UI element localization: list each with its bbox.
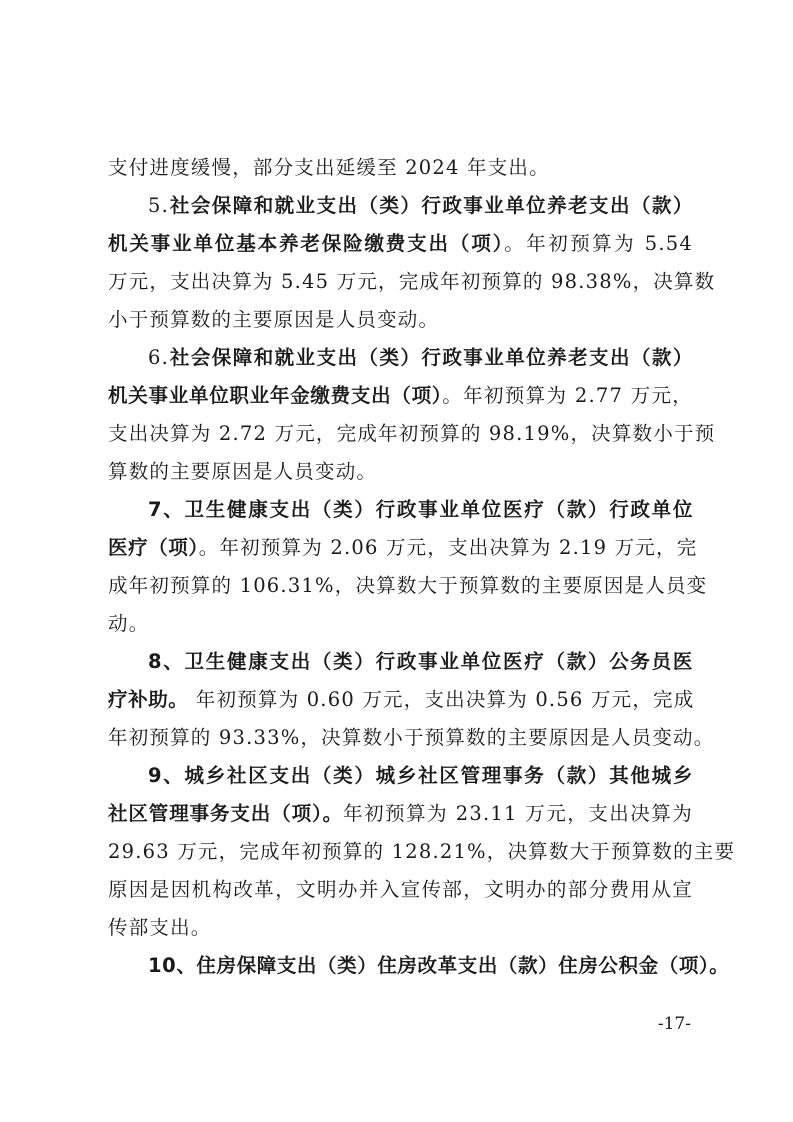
text-segment: 成年初预算的 106.31%，决算数大于预算数的主要原因是人员变 (108, 574, 707, 597)
bold-heading-segment: 8、卫生健康支出（类）行政事业单位医疗（款）公务员医 (148, 650, 693, 673)
bold-heading-segment: 10、住房保障支出（类）住房改革支出（款）住房公积金（项）。 (148, 954, 729, 977)
text-line: 机关事业单位职业年金缴费支出（项）。年初预算为 2.77 万元， (108, 378, 693, 414)
bold-heading-segment: 社区管理事务支出（项）。 (108, 802, 343, 825)
text-line: 社区管理事务支出（项）。年初预算为 23.11 万元，支出决算为 (108, 796, 693, 832)
text-line: 万元，支出决算为 5.45 万元，完成年初预算的 98.38%，决算数 (108, 264, 693, 300)
text-line: 动。 (108, 606, 693, 642)
bold-heading-segment: 医疗（项） (108, 536, 199, 559)
text-segment: 年初预算为 0.60 万元，支出决算为 0.56 万元，完成 (188, 688, 694, 711)
text-line: 医疗（项）。年初预算为 2.06 万元，支出决算为 2.19 万元，完 (108, 530, 693, 566)
text-line: 原因是因机构改革，文明办并入宣传部，文明办的部分费用从宣 (108, 872, 693, 908)
text-segment: 支出决算为 2.72 万元，完成年初预算的 98.19%，决算数小于预 (108, 422, 715, 445)
text-segment: 传部支出。 (108, 916, 212, 939)
text-segment: 万元，支出决算为 5.45 万元，完成年初预算的 98.38%，决算数 (108, 270, 715, 293)
text-line: 小于预算数的主要原因是人员变动。 (108, 302, 693, 338)
text-line: 29.63 万元，完成年初预算的 128.21%，决算数大于预算数的主要 (108, 834, 693, 870)
text-line: 9、城乡社区支出（类）城乡社区管理事务（款）其他城乡 (148, 758, 693, 794)
text-segment: 年初预算为 23.11 万元，支出决算为 (343, 802, 693, 825)
bold-heading-segment: 社会保障和就业支出（类）行政事业单位养老支出（款） (169, 194, 693, 217)
text-segment: 5. (148, 194, 169, 217)
text-segment: 年初预算的 93.33%，决算数小于预算数的主要原因是人员变动。 (108, 726, 714, 749)
text-segment: 支付进度缓慢，部分支出延缓至 2024 年支出。 (108, 156, 550, 179)
text-line: 机关事业单位基本养老保险缴费支出（项）。年初预算为 5.54 (108, 226, 693, 262)
bold-heading-segment: 社会保障和就业支出（类）行政事业单位养老支出（款） (169, 346, 693, 369)
page-number: -17- (658, 1012, 691, 1036)
text-line: 8、卫生健康支出（类）行政事业单位医疗（款）公务员医 (148, 644, 693, 680)
text-line: 算数的主要原因是人员变动。 (108, 454, 693, 490)
bold-heading-segment: 疗补助。 (108, 688, 188, 711)
text-line: 6.社会保障和就业支出（类）行政事业单位养老支出（款） (148, 340, 693, 376)
text-line: 疗补助。 年初预算为 0.60 万元，支出决算为 0.56 万元，完成 (108, 682, 693, 718)
text-segment: 算数的主要原因是人员变动。 (108, 460, 377, 483)
text-line: 10、住房保障支出（类）住房改革支出（款）住房公积金（项）。 (148, 948, 693, 984)
text-segment: 动。 (108, 612, 149, 635)
text-segment: 小于预算数的主要原因是人员变动。 (108, 308, 439, 331)
text-line: 成年初预算的 106.31%，决算数大于预算数的主要原因是人员变 (108, 568, 693, 604)
text-segment: 。年初预算为 5.54 (504, 232, 693, 255)
text-line: 支付进度缓慢，部分支出延缓至 2024 年支出。 (108, 150, 693, 186)
text-line: 年初预算的 93.33%，决算数小于预算数的主要原因是人员变动。 (108, 720, 693, 756)
text-line: 传部支出。 (108, 910, 693, 946)
text-segment: 原因是因机构改革，文明办并入宣传部，文明办的部分费用从宣 (108, 878, 693, 901)
text-line: 7、卫生健康支出（类）行政事业单位医疗（款）行政单位 (148, 492, 693, 528)
bold-heading-segment: 机关事业单位基本养老保险缴费支出（项） (108, 232, 504, 255)
text-segment: 6. (148, 346, 169, 369)
text-line: 5.社会保障和就业支出（类）行政事业单位养老支出（款） (148, 188, 693, 224)
text-segment: 。年初预算为 2.06 万元，支出决算为 2.19 万元，完 (199, 536, 698, 559)
bold-heading-segment: 7、卫生健康支出（类）行政事业单位医疗（款）行政单位 (148, 498, 693, 521)
text-segment: 。年初预算为 2.77 万元， (442, 384, 693, 407)
bold-heading-segment: 机关事业单位职业年金缴费支出（项） (108, 384, 442, 407)
document-page: 支付进度缓慢，部分支出延缓至 2024 年支出。5.社会保障和就业支出（类）行政… (0, 0, 793, 1122)
text-line: 支出决算为 2.72 万元，完成年初预算的 98.19%，决算数小于预 (108, 416, 693, 452)
text-segment: 29.63 万元，完成年初预算的 128.21%，决算数大于预算数的主要 (108, 840, 735, 863)
bold-heading-segment: 9、城乡社区支出（类）城乡社区管理事务（款）其他城乡 (148, 764, 693, 787)
